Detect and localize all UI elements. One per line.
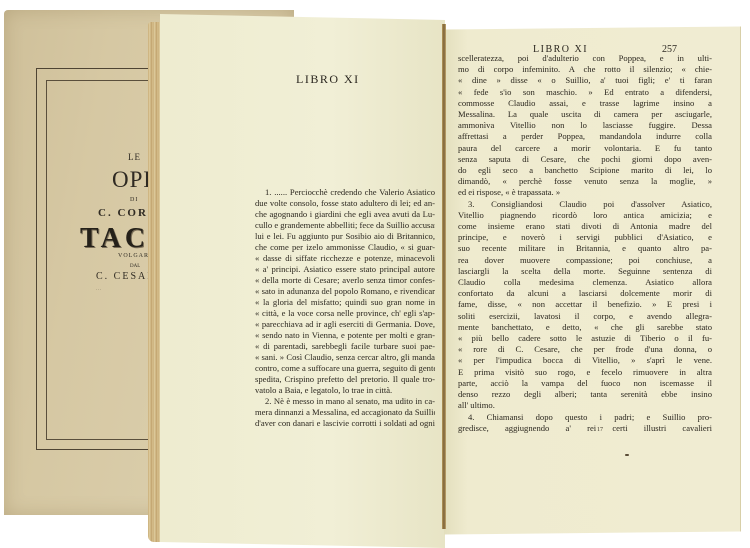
text-line: come insieme erano stati divoti di Anton… [458,221,712,232]
text-line: « per l'impudica bocca di Vitellio, » s'… [458,355,712,366]
text-line: che come per izelo ammonisse Claudio, « … [255,242,435,253]
text-line: lui e lei. Fu aggiunto pur Sosibio aio d… [255,231,435,242]
cover-title-di: DI [130,197,138,203]
text-line: parte, acciò la vampa del fuoco non isce… [458,378,712,389]
text-line: « fede s'io son maschio. » Ed entrato a … [458,87,712,98]
right-page-text: scelleratezza, poi d'adulterio con Poppe… [458,53,712,434]
text-line: fame, disse, « non accettar il benefizio… [458,299,712,310]
text-line: dimandò, « perchè fosse venuto senza la … [458,176,712,187]
text-line: « la gloria del misfatto; quindi suo gra… [255,297,435,308]
cover-title-le: LE [128,152,141,162]
text-line: senza saputa di Cesare, che pochi giorni… [458,154,712,165]
text-line: « sendo nato in Vienna, e potente per mo… [255,330,435,341]
cover-author-tacito: TAC [80,223,149,255]
text-line: commosse Claudio assai, e trasse lagrime… [458,98,712,109]
text-line: « città, e la voce corsa nelle province,… [255,308,435,319]
text-line: principe, e noverò i servigi pubblici d'… [458,232,712,243]
text-line: denso rezzo degli alberi; tanta serenità… [458,389,712,400]
text-line: mera dinnanzi a Messalina, ed accagionat… [255,407,435,418]
cover-translator: C. CESAR [96,271,156,282]
text-line: « più bello cadere sotto le astuzie di T… [458,333,712,344]
text-line: paura del carcere a morir volontaria. E … [458,143,712,154]
text-line: confortato da alcuni a lasciarsi dolceme… [458,288,712,299]
text-line: soliti esercizii, lavatosi il corpo, e a… [458,311,712,322]
text-line: suo recente militare in Britannia, e qua… [458,243,712,254]
left-running-head: LIBRO XI [296,72,360,87]
text-line: contro, come a suffocare una guerra, seg… [255,363,435,374]
text-line: mo di corpo infeminito. A che rotto il s… [458,64,712,75]
text-line: « della morte di Cesare; averlo senza ti… [255,275,435,286]
text-line: « rore di C. Cesare, che per frode d'una… [458,344,712,355]
text-line: Claudio colla medesima clemenza. Asiatic… [458,277,712,288]
text-line: due volte consolo, fosse stato adultero … [255,198,435,209]
text-line: 2. Nè è messo in mano al senato, ma udit… [255,396,435,407]
text-line: ed ei rispose, « è trapassata. » [458,187,712,198]
text-line: « parecchiava ad ir agli eserciti di Ger… [255,319,435,330]
text-line: « dine » disse « o Suillio, a' tuoi figl… [458,75,712,86]
text-line: scelleratezza, poi d'adulterio con Poppe… [458,53,712,64]
text-line: mente banchettato, e detto, « che gli sa… [458,322,712,333]
text-line: E prima visitò suo rogo, e fecelo rimuov… [458,367,712,378]
text-line: spedita, Crispino prefetto del pretorio.… [255,374,435,385]
cover-small-print: ... [96,286,102,291]
text-line: Messalina. La quale uscita di camera per… [458,109,712,120]
text-line: lasciargli la scelta della morte. Seguin… [458,266,712,277]
text-line: ammonìva Vitellio non lo lasciasse fuggi… [458,120,712,131]
cover-volgarizzate: VOLGARI [118,253,152,259]
text-line: cullo e grandemente abbelliti; fece da S… [255,220,435,231]
text-line: all' ultimo. [458,400,712,411]
text-line: « sato in adunanza del popolo Romano, e … [255,286,435,297]
text-line: « a' principi. Asiatico essere stato pri… [255,264,435,275]
text-line: « di parentadi, sarebbegli facile turbar… [255,341,435,352]
text-line: che agognando i giardini che egli avea a… [255,209,435,220]
text-line: vatolo a Baia, e legatolo, lo trae in ci… [255,385,435,396]
book-gutter [442,24,446,529]
text-line: 4. Chiamansi dopo questo i padri; e Suil… [458,412,712,423]
text-line: d'aver con danari e lascivie corrotti i … [255,418,435,429]
text-line: 1. ...... Perciocchè credendo che Valeri… [255,187,435,198]
text-line: do egli seco a banchetto Scipione marito… [458,165,712,176]
cover-dal: DAL [130,264,140,269]
text-line: « dasse di siffate ricchezze e potenze, … [255,253,435,264]
text-line: « sani. » Così Claudio, senza cercar alt… [255,352,435,363]
paper-spot [625,454,629,456]
text-line: 3. Consigliandosi Claudio poi d'assolver… [458,199,712,210]
text-line: rea dover muovere compassione; poi conch… [458,255,712,266]
signature-mark: 17 [597,427,603,433]
left-page-text: 1. ...... Perciocchè credendo che Valeri… [255,187,435,429]
text-line: Vitellio piagnendo ricordò loro antica a… [458,210,712,221]
text-line: affrettasi a perder Poppea, mandandola i… [458,131,712,142]
text-line: gredisce, aggiugnendo a' rei certi illus… [458,423,712,434]
